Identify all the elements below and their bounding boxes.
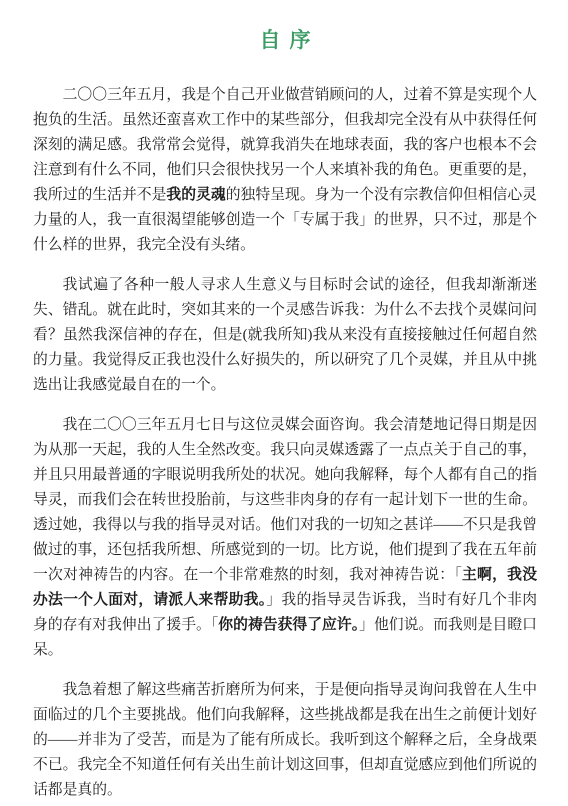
text-segment: 我试遍了各种一般人寻求人生意义与目标时会试的途径，但我却渐渐迷失、错乱。就在此时… — [33, 277, 537, 393]
bold-text-segment: 你的祷告获得了应许。 — [218, 617, 359, 633]
text-segment: 二〇〇三年五月，我是个自己开业做营销顾问的人，过着不算是实现个人抱负的生活。虽然… — [33, 87, 537, 203]
paragraph: 我在二〇〇三年五月七日与这位灵媒会面咨询。我会清楚地记得日期是因为从那一天起，我… — [33, 413, 537, 663]
text-segment: 我急着想了解这些痛苦折磨所为何来，于是便向指导灵询问我曾在人生中面临过的几个主要… — [33, 682, 537, 798]
text-segment: 我在二〇〇三年五月七日与这位灵媒会面咨询。我会清楚地记得日期是因为从那一天起，我… — [33, 417, 537, 583]
bold-text-segment: 我的灵魂 — [166, 187, 225, 203]
paragraph: 二〇〇三年五月，我是个自己开业做营销顾问的人，过着不算是实现个人抱负的生活。虽然… — [33, 83, 537, 258]
document-body: 二〇〇三年五月，我是个自己开业做营销顾问的人，过着不算是实现个人抱负的生活。虽然… — [33, 83, 537, 803]
page-title: 自序 — [33, 26, 537, 54]
paragraph: 我急着想了解这些痛苦折磨所为何来，于是便向指导灵询问我曾在人生中面临过的几个主要… — [33, 678, 537, 803]
paragraph: 我试遍了各种一般人寻求人生意义与目标时会试的途径，但我却渐渐迷失、错乱。就在此时… — [33, 273, 537, 398]
book-page: 自序 二〇〇三年五月，我是个自己开业做营销顾问的人，过着不算是实现个人抱负的生活… — [0, 0, 568, 806]
